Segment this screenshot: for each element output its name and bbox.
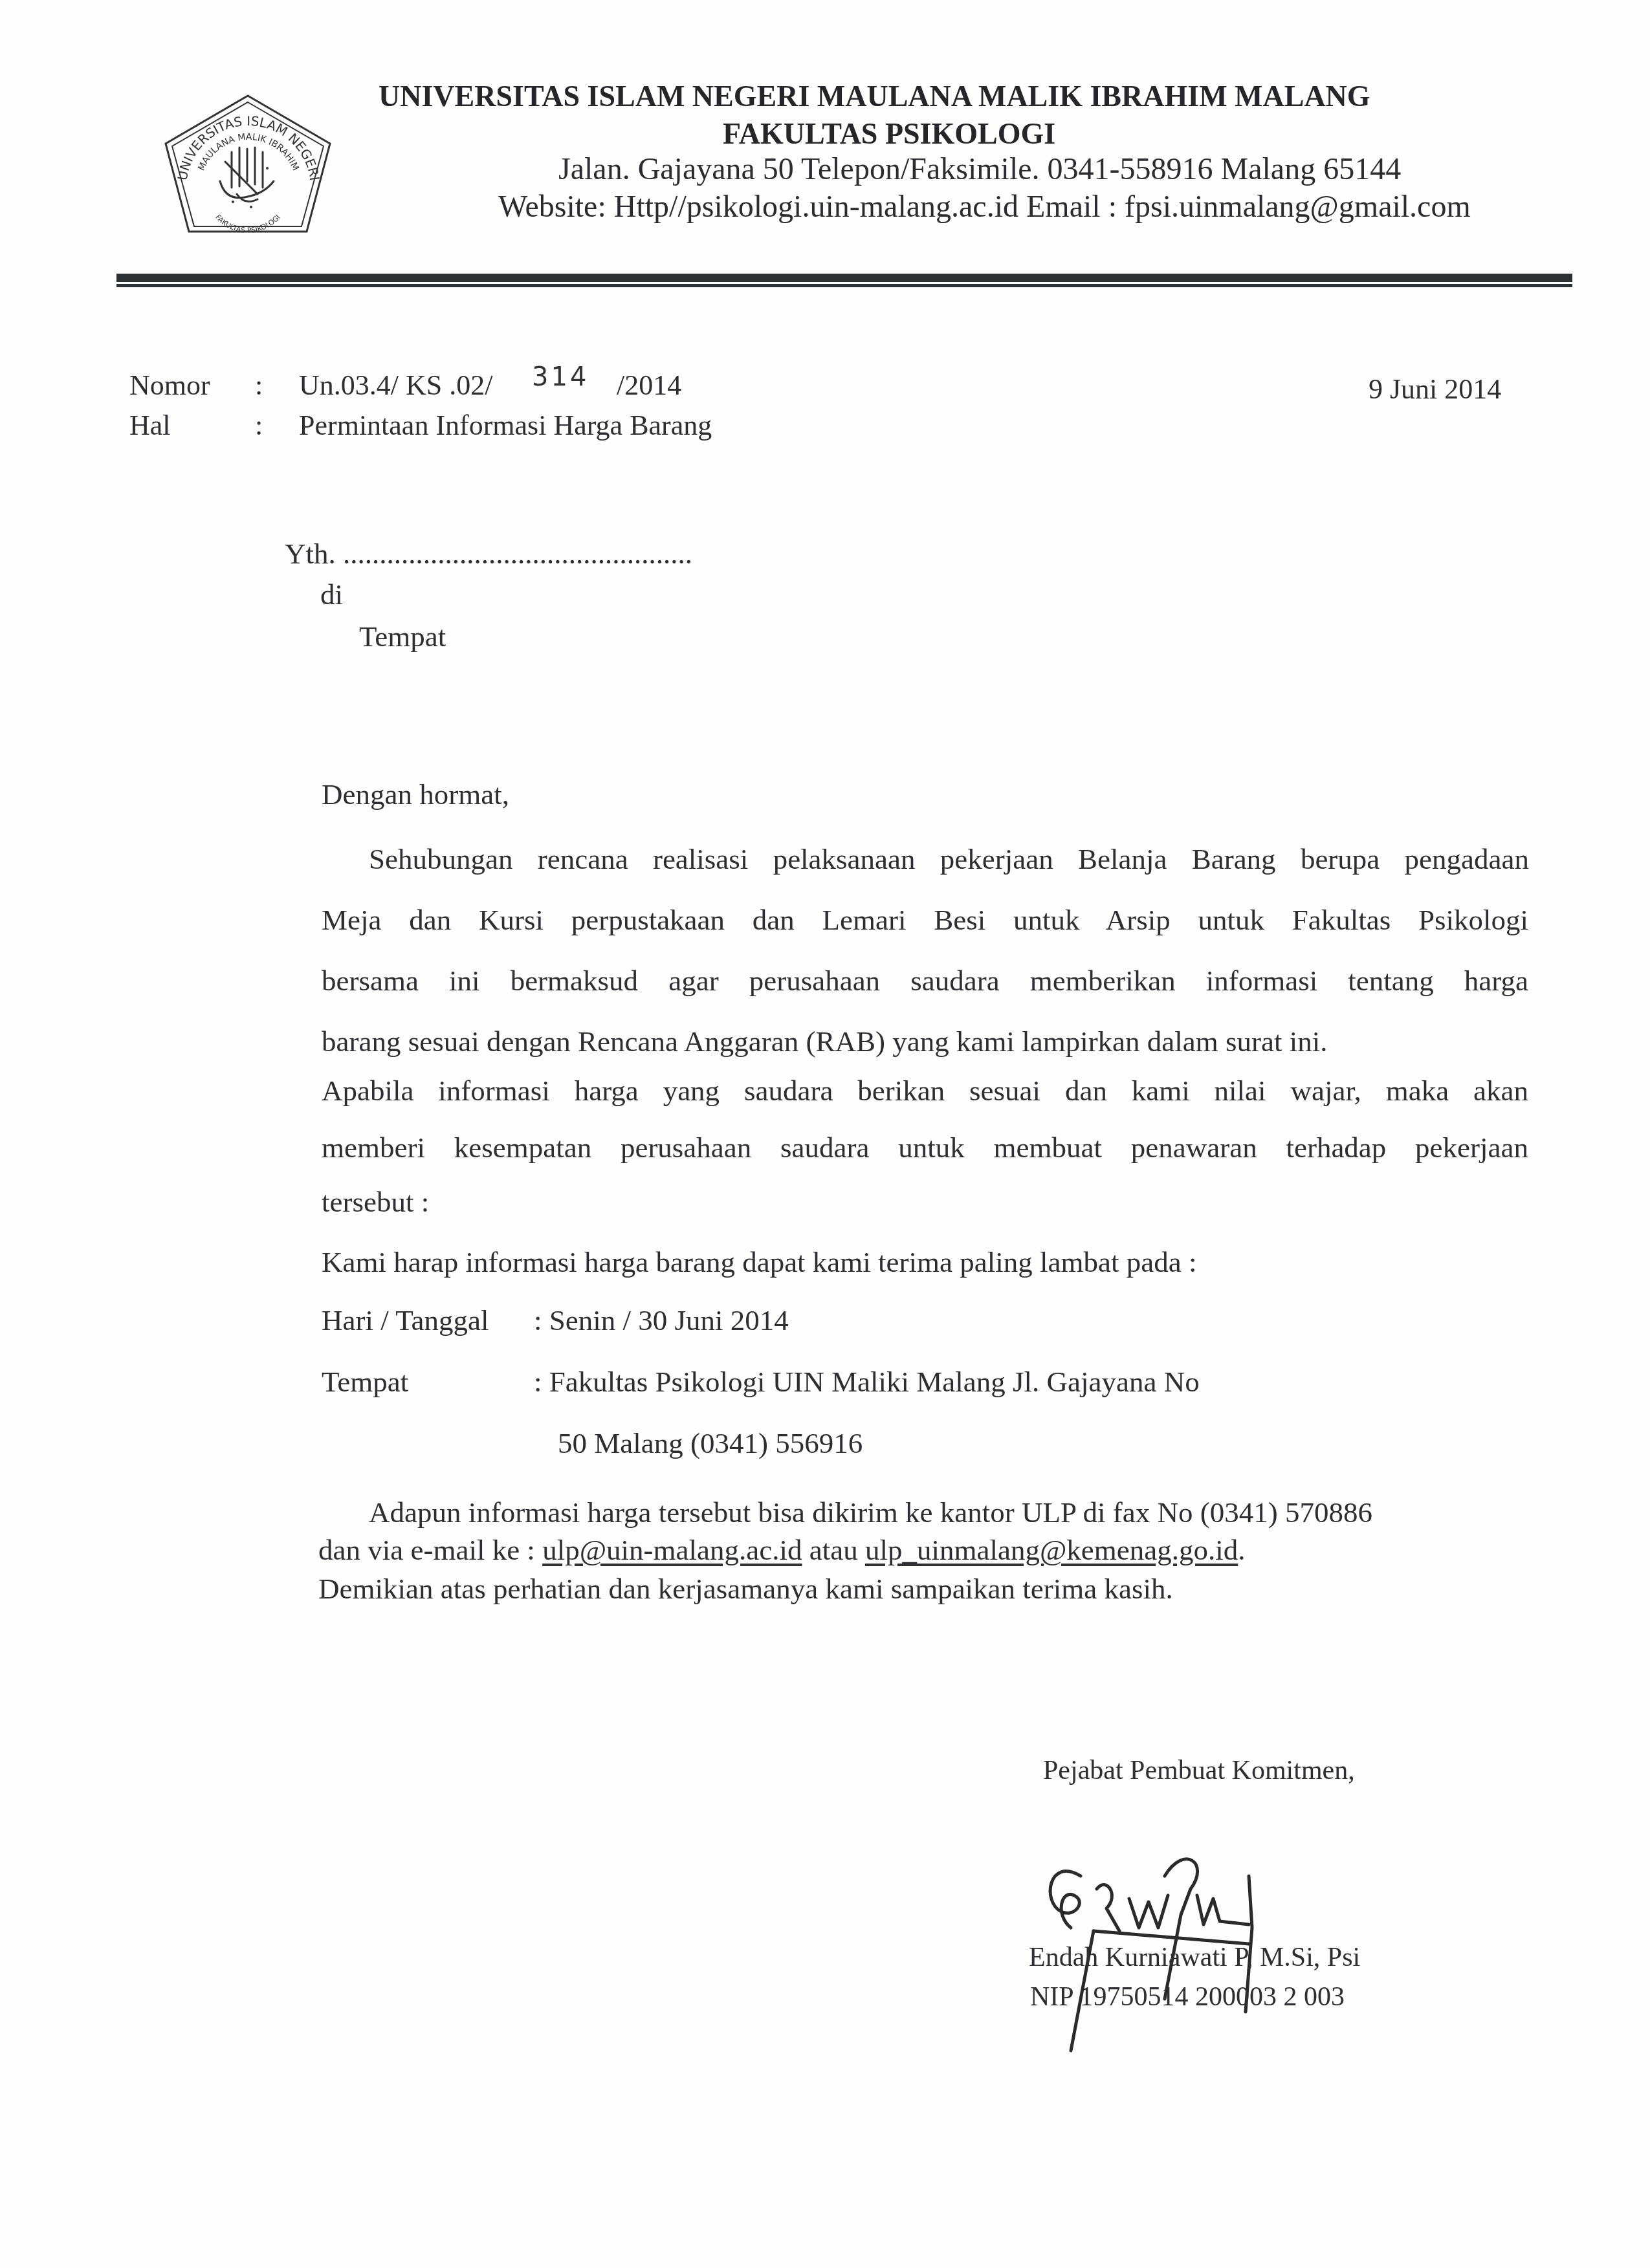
paragraph1-line3: bersama ini bermaksud agar perusahaan sa… [322, 964, 1528, 998]
hal-colon: : [255, 409, 263, 442]
closing-line2-suffix: . [1238, 1534, 1245, 1566]
recipient-di: di [320, 578, 343, 611]
hal-subject: Permintaan Informasi Harga Barang [299, 409, 712, 442]
university-seal-icon: UNIVERSITAS ISLAM NEGERI MAULANA MALIK I… [160, 91, 335, 239]
letterhead-contact: Website: Http//psikologi.uin-malang.ac.i… [498, 189, 1471, 224]
closing-line1: Adapun informasi harga tersebut bisa dik… [369, 1496, 1372, 1529]
signatory-name: Endah Kurniawati P, M.Si, Psi [1029, 1942, 1360, 1973]
svg-text:UNIVERSITAS ISLAM NEGERI: UNIVERSITAS ISLAM NEGERI [175, 113, 323, 182]
university-name: UNIVERSITAS ISLAM NEGERI MAULANA MALIK I… [379, 79, 1370, 113]
schedule-place-value-line2: 50 Malang (0341) 556916 [558, 1426, 863, 1460]
paragraph2-line3: tersebut : [322, 1185, 429, 1219]
schedule-place-label: Tempat [322, 1365, 408, 1399]
deadline-intro: Kami harap informasi harga barang dapat … [322, 1245, 1196, 1279]
schedule-day-value: : Senin / 30 Juni 2014 [534, 1303, 789, 1337]
letterhead-divider-thin [116, 284, 1572, 287]
paragraph1-line1: Sehubungan rencana realisasi pelaksanaan… [369, 842, 1529, 876]
letter-date: 9 Juni 2014 [1369, 373, 1501, 406]
nomor-prefix: Un.03.4/ KS .02/ [299, 369, 492, 402]
email-link-kemenag[interactable]: ulp_uinmalang@kemenag.go.id [865, 1534, 1238, 1566]
nomor-label: Nomor [129, 369, 210, 402]
closing-line3: Demikian atas perhatian dan kerjasamanya… [318, 1572, 1173, 1606]
nomor-handwritten-number: 314 [532, 362, 589, 392]
nomor-suffix: /2014 [617, 369, 681, 402]
closing-line2-prefix: dan via e-mail ke : [318, 1534, 542, 1566]
closing-line2-mid: atau [802, 1534, 864, 1566]
letterhead-address: Jalan. Gajayana 50 Telepon/Faksimile. 03… [558, 151, 1401, 187]
recipient-tempat: Tempat [359, 620, 446, 653]
paragraph1-line2: Meja dan Kursi perpustakaan dan Lemari B… [322, 903, 1528, 937]
email-link-ulp[interactable]: ulp@uin-malang.ac.id [542, 1534, 802, 1566]
paragraph2-line1: Apabila informasi harga yang saudara ber… [322, 1074, 1528, 1107]
paragraph2-line2: memberi kesempatan perusahaan saudara un… [322, 1131, 1528, 1164]
signatory-nip: NIP 19750514 200003 2 003 [1030, 1981, 1345, 2012]
closing-line2: dan via e-mail ke : ulp@uin-malang.ac.id… [318, 1533, 1246, 1567]
recipient-yth: Yth. ...................................… [285, 537, 692, 571]
nomor-colon: : [255, 369, 263, 402]
paragraph1-line4: barang sesuai dengan Rencana Anggaran (R… [322, 1025, 1328, 1058]
faculty-name: FAKULTAS PSIKOLOGI [723, 116, 1055, 151]
schedule-day-label: Hari / Tanggal [322, 1303, 489, 1337]
letterhead-divider-thick [116, 274, 1572, 282]
signatory-title: Pejabat Pembuat Komitmen, [1043, 1755, 1355, 1786]
salutation: Dengan hormat, [322, 778, 509, 811]
schedule-place-value-line1: : Fakultas Psikologi UIN Maliki Malang J… [534, 1365, 1200, 1399]
hal-label: Hal [129, 409, 171, 442]
